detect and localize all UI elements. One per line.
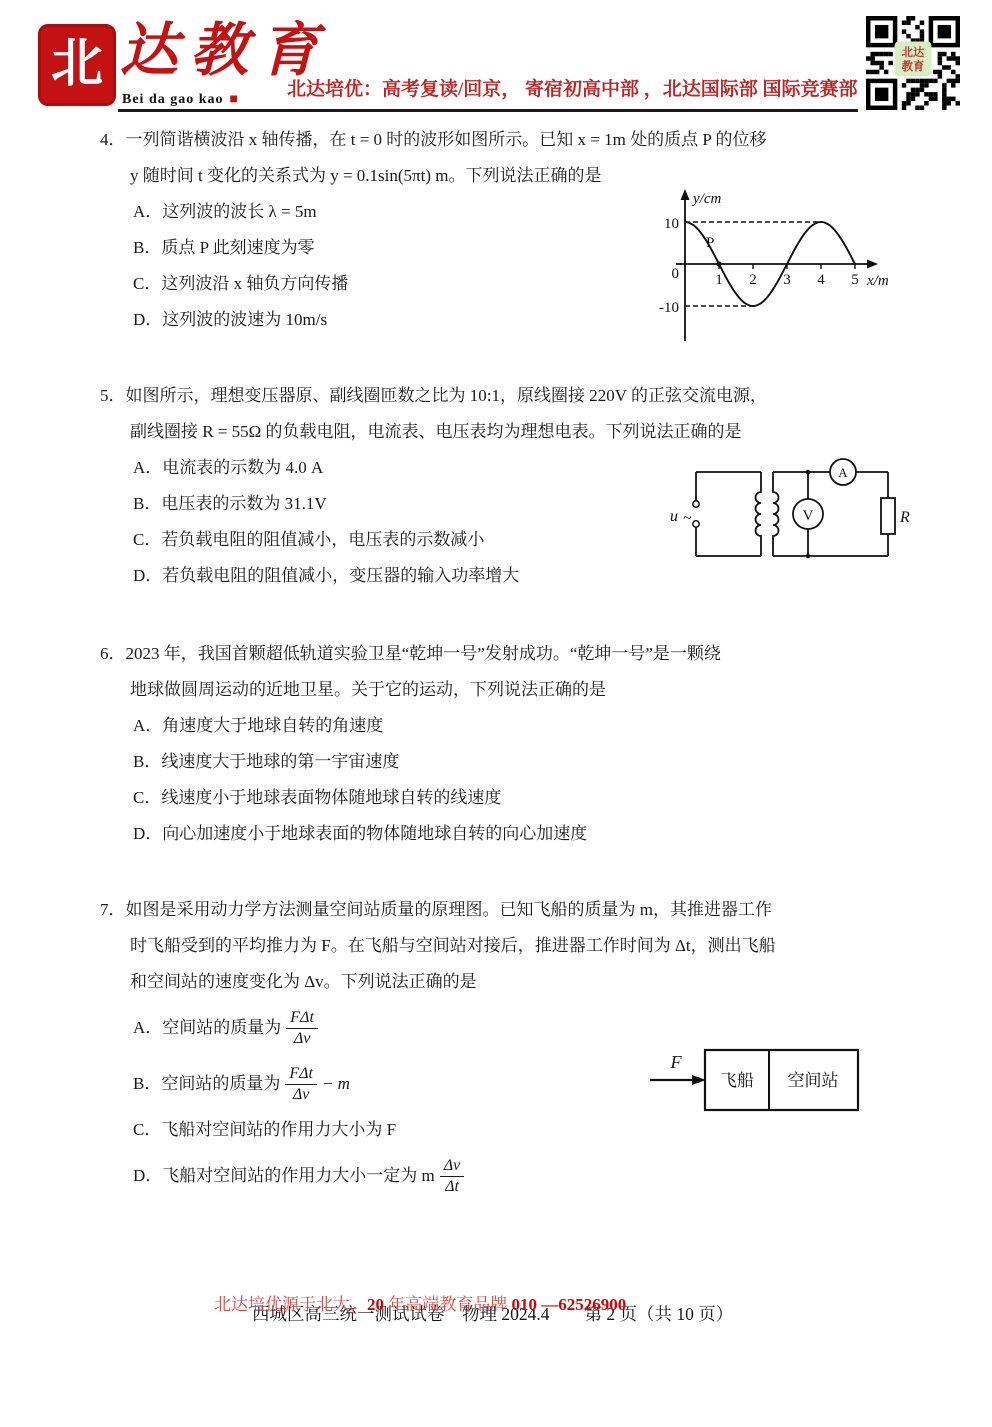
q4-stem-line1: 4．一列简谐横波沿 x 轴传播，在 t = 0 时的波形如图所示。已知 x = … — [100, 122, 960, 158]
q7-docking-figure: F 飞船 空间站 — [636, 1040, 908, 1122]
transformer-secondary-coil — [773, 472, 779, 556]
footer-promo-text: 北达培优源于北大， — [214, 1295, 367, 1314]
wave-ytick-10: 10 — [664, 216, 679, 232]
wave-ylabel: y/cm — [691, 191, 721, 207]
logo-subtitle-text: Bei da gao kao — [122, 92, 224, 107]
wave-xtick-2: 2 — [749, 272, 757, 288]
q7-stem-line2: 时飞船受到的平均推力为 F。在飞船与空间站对接后，推进器工作时间为 Δt，测出飞… — [100, 928, 960, 964]
logo-subtitle: Bei da gao kao■ — [122, 92, 239, 108]
wave-xlabel: x/m — [866, 273, 889, 289]
force-label: F — [670, 1052, 683, 1072]
point-P-dot — [716, 261, 721, 266]
junction-dot-top — [806, 470, 811, 475]
wave-xtick-5: 5 — [851, 272, 859, 288]
q6-option-d: D．向心加速度小于地球表面的物体随地球自转的向心加速度 — [100, 816, 960, 852]
transformer-primary-coil — [756, 472, 762, 556]
footer-promo-text2: 年高端教育品牌 — [384, 1295, 512, 1314]
q7-option-a-fraction: FΔt Δv — [286, 1008, 318, 1049]
footer-promo-years: 20 — [367, 1295, 384, 1314]
q7-number: 7． — [100, 900, 126, 919]
wave-x-axis-arrow — [867, 260, 878, 269]
q6-option-b: B．线速度大于地球的第一宇宙速度 — [100, 744, 960, 780]
exam-page: 北 达教育 Bei da gao kao■ 北达培优：高考复读/回京， 寄宿初高… — [0, 0, 992, 1427]
q5-stem-line1: 5．如图所示，理想变压器原、副线圈匝数之比为 10:1，原线圈接 220V 的正… — [100, 378, 960, 414]
q7-option-d: D．飞船对空间站的作用力大小一定为 m Δv Δt — [100, 1148, 960, 1204]
wave-point-P-label: P — [706, 235, 714, 251]
junction-dot-bottom — [806, 554, 811, 559]
q7-option-d-fraction: Δv Δt — [440, 1156, 465, 1197]
q6-stem-line2: 地球做圆周运动的近地卫星。关于它的运动，下列说法正确的是 — [100, 672, 960, 708]
wave-ytick-minus10: -10 — [659, 300, 679, 316]
qr-center-line1: 北达 — [902, 45, 925, 59]
footer-promo: 北达培优源于北大，20 年高端教育品牌 010 —62526900 — [214, 1290, 626, 1315]
qr-center-line2: 教育 — [901, 59, 924, 73]
q7-stem-line3: 和空间站的速度变化为 Δv。下列说法正确的是 — [100, 964, 960, 1000]
ammeter-label: A — [838, 465, 848, 480]
q6-number: 6． — [100, 644, 126, 663]
source-label: u — [670, 508, 678, 525]
wave-xtick-3: 3 — [783, 272, 791, 288]
qr-code: 北达 教育 — [866, 16, 960, 110]
q5-circuit-figure: u ~ V A R — [658, 442, 910, 590]
wave-xtick-4: 4 — [817, 272, 825, 288]
qr-center-label: 北达 教育 — [895, 42, 932, 77]
logo-seal: 北 — [38, 24, 116, 106]
resistor-label: R — [899, 509, 910, 526]
resistor — [881, 498, 895, 534]
source-tilde: ~ — [683, 510, 692, 527]
logo-seal-char: 北 — [51, 39, 103, 91]
wave-y-axis-arrow — [681, 189, 690, 200]
q6-option-a: A．角速度大于地球自转的角速度 — [100, 708, 960, 744]
header-tagline: 北达培优：高考复读/回京， 寄宿初高中部 ，北达国际部 国际竞赛部 — [287, 74, 858, 101]
q7-stem-line1: 7．如图是采用动力学方法测量空间站质量的原理图。已知飞船的质量为 m，其推进器工… — [100, 892, 960, 928]
wave-xtick-1: 1 — [715, 272, 723, 288]
q6-stem-line1: 6．2023 年，我国首颗超低轨道实验卫星“乾坤一号”发射成功。“乾坤一号”是一… — [100, 636, 960, 672]
source-terminal-bottom — [693, 521, 699, 527]
source-terminal-top — [693, 501, 699, 507]
q4-wave-figure: y/cm x/m 10 0 -10 1 2 3 4 5 P — [643, 186, 905, 348]
station-box-label: 空间站 — [788, 1071, 839, 1090]
wave-ytick-0: 0 — [672, 266, 680, 282]
voltmeter-label: V — [803, 508, 814, 524]
q5-number: 5． — [100, 386, 126, 405]
header-rule — [118, 109, 858, 112]
logo-subtitle-marker: ■ — [230, 92, 239, 107]
logo-brand-text: 达教育 — [120, 22, 330, 80]
q7-option-b-fraction: FΔt Δv — [285, 1064, 317, 1105]
q4-number: 4． — [100, 130, 126, 149]
question-6: 6．2023 年，我国首颗超低轨道实验卫星“乾坤一号”发射成功。“乾坤一号”是一… — [100, 636, 960, 852]
q6-option-c: C．线速度小于地球表面物体随地球自转的线速度 — [100, 780, 960, 816]
spacecraft-box-label: 飞船 — [720, 1071, 754, 1090]
footer-phone: 010 —62526900 — [512, 1295, 627, 1314]
